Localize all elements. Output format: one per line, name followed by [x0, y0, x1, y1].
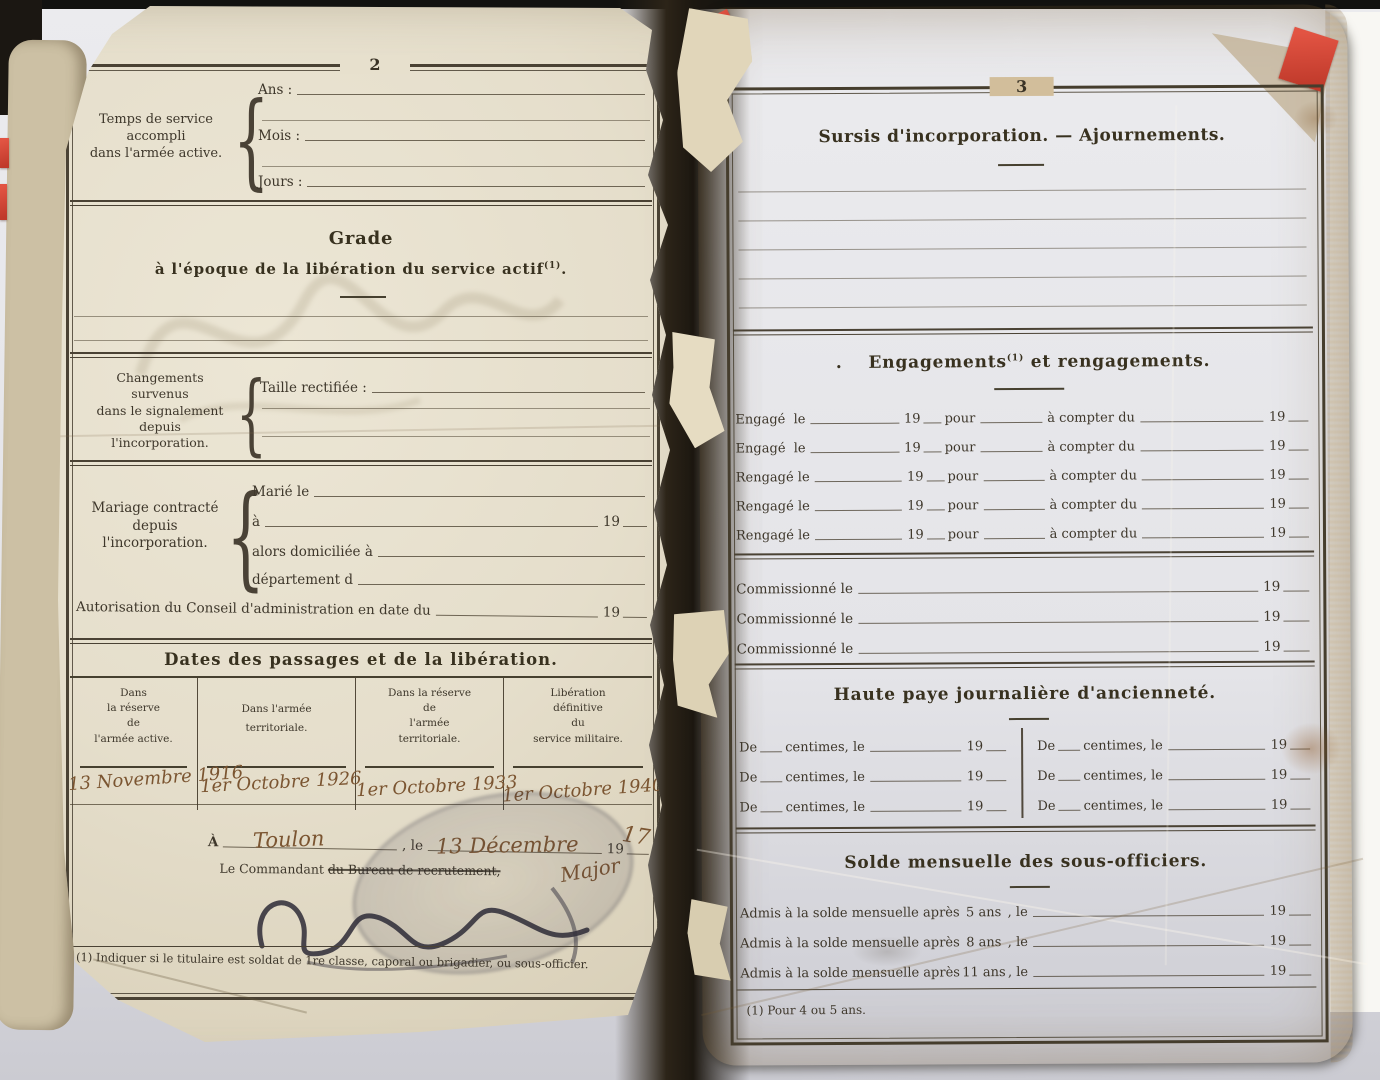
fill-line: [983, 507, 1044, 510]
fill-line: [1142, 477, 1264, 481]
field-ans: Ans :: [258, 78, 650, 98]
engagement-row: Rengagé le19pourà compter du19: [736, 491, 1312, 514]
header-underline: [513, 766, 643, 768]
footnote-rule: [70, 946, 652, 947]
fill-line: [1140, 448, 1264, 452]
fill-line: [815, 508, 902, 511]
year-prefix: 19: [603, 514, 620, 530]
fill-line: [984, 536, 1045, 539]
commissioned-row: Commissionné le19: [737, 632, 1313, 657]
fill-line: [1059, 808, 1081, 811]
field-jours: Jours :: [258, 170, 650, 190]
changes-label: Changements survenus dans le signalement…: [84, 370, 236, 451]
fill-line: [1283, 589, 1309, 592]
fill-line: [1033, 913, 1265, 917]
fill-line: [1168, 807, 1266, 811]
place-line: Toulon: [223, 844, 397, 850]
fill-line: [1289, 943, 1311, 946]
fill-line: [1290, 807, 1310, 810]
field-marie-le: Marié le: [252, 480, 650, 500]
admis-row: Admis à la solde mensuelle après8 ans, l…: [740, 928, 1314, 951]
admis-row: Admis à la solde mensuelle après5 ans, l…: [740, 898, 1314, 921]
fill-line: [1168, 747, 1266, 751]
red-mark-left-edge-2: [0, 184, 7, 220]
year-line: [623, 524, 647, 527]
fill-line: [1058, 778, 1080, 781]
fill-line: [870, 808, 962, 811]
heading-rule: [994, 388, 1064, 390]
field-taille: Taille rectifiée :: [260, 376, 650, 396]
fill-line: [1288, 419, 1308, 422]
fill-line: [1142, 535, 1264, 539]
fill-line: [307, 184, 645, 187]
fill-line: [1289, 535, 1309, 538]
section-divider: [70, 352, 652, 358]
commissioned-row: Commissionné le19: [736, 572, 1312, 597]
page-number-text: 3: [1016, 77, 1027, 96]
stain: [1294, 100, 1338, 136]
blank-line: [262, 408, 650, 409]
grade-heading: Grade: [72, 228, 650, 249]
fill-line: [980, 449, 1042, 452]
fill-line: [305, 138, 645, 141]
de-centimes-row: Decentimes, le19: [739, 734, 1009, 755]
fill-line: [760, 779, 782, 782]
admis-row: Admis à la solde mensuelle après11 ans, …: [740, 958, 1314, 981]
fill-line: [926, 478, 944, 481]
footnote-ref: (1): [544, 261, 561, 271]
fill-line: [297, 92, 645, 95]
right-page: 3 Sursis d'incorporation. — Ajournements…: [697, 4, 1353, 1065]
fill-line: [314, 494, 645, 497]
year-prefix: 19: [603, 605, 620, 621]
fill-line: [810, 421, 899, 424]
fill-line: [986, 748, 1006, 751]
field-mois: Mois :: [258, 124, 650, 144]
fill-line: [927, 536, 945, 539]
fill-line: [1283, 619, 1309, 622]
heading-rule: [1009, 718, 1049, 720]
de-centimes-row: Decentimes, le19: [1037, 732, 1313, 753]
field-marie-a: à19: [252, 510, 650, 530]
de-centimes-row: Decentimes, le19: [739, 764, 1009, 785]
fill-line: [858, 649, 1258, 654]
header-underline: [365, 766, 494, 768]
blank-line: [262, 436, 650, 437]
fill-line: [1289, 477, 1309, 480]
blank-line: [74, 316, 648, 317]
fill-line: [1290, 777, 1310, 780]
red-mark-left-edge-1: [0, 138, 9, 168]
engagement-row: Rengagé le19pourà compter du19: [736, 520, 1312, 543]
de-centimes-row: Decentimes, le19: [1037, 762, 1313, 783]
dates-table-title: Dates des passages et de la libération.: [70, 650, 652, 669]
fill-line: [1168, 777, 1266, 781]
fill-line: [1033, 943, 1265, 947]
fill-line: [811, 450, 900, 453]
commissioned-row: Commissionné le19: [736, 602, 1312, 627]
haute-paye-title: Haute paye journalière d'ancienneté.: [735, 682, 1315, 705]
fill-line: [1289, 973, 1311, 976]
service-time-label: Temps de service accompli dans l'armée a…: [80, 112, 232, 163]
fill-line: [983, 478, 1044, 481]
fill-line: [1289, 913, 1311, 916]
page-frame-inner-line: [732, 90, 1323, 1039]
continuation-line: [262, 120, 650, 121]
page-number-text: 2: [369, 55, 380, 74]
fill-line: [1058, 748, 1080, 751]
fill-line: [436, 613, 598, 618]
stain: [1281, 722, 1341, 774]
field-domiciled: alors domiciliée à: [252, 540, 650, 560]
section-divider: [70, 460, 652, 466]
heading-rule: [1010, 886, 1050, 888]
fill-line: [870, 748, 962, 751]
blank-line: [74, 340, 648, 341]
fill-line: [372, 390, 645, 393]
fill-line: [815, 479, 902, 482]
left-page: 2 Temps de service accompli dans l'armée…: [0, 0, 705, 1080]
section-divider: [70, 638, 652, 644]
fill-line: [980, 420, 1042, 423]
fill-line: [924, 449, 942, 452]
fill-line: [858, 619, 1258, 624]
scanned-military-booklet: 2 Temps de service accompli dans l'armée…: [0, 0, 1380, 1080]
fill-line: [1289, 448, 1309, 451]
fill-line: [358, 582, 645, 585]
engagement-row: Rengagé le19pourà compter du19: [736, 462, 1312, 485]
fill-line: [1140, 419, 1264, 423]
fill-line: [986, 778, 1006, 781]
fill-line: [1033, 973, 1265, 977]
solde-title: Solde mensuelle des sous-officiers.: [736, 850, 1316, 873]
fill-line: [1289, 506, 1309, 509]
fill-line: [924, 420, 942, 423]
fill-line: [760, 749, 782, 752]
place-prefix: À: [208, 834, 219, 850]
de-centimes-row: Decentimes, le19: [739, 794, 1009, 815]
year-line: [623, 615, 647, 618]
de-centimes-row: Decentimes, le19: [1037, 792, 1313, 813]
heading-rule: [340, 296, 386, 298]
fill-line: [815, 537, 902, 540]
engagements-title: .Engagements(1) et rengagements.: [733, 350, 1313, 373]
marriage-label: Mariage contracté depuis l'incorporation…: [80, 500, 230, 553]
fill-line: [378, 554, 645, 557]
page-number: 2: [340, 55, 410, 74]
continuation-line: [262, 166, 650, 167]
handwritten-place: Toulon: [253, 826, 325, 852]
footnote-ref: (1): [1007, 353, 1024, 363]
fill-line: [927, 507, 945, 510]
fill-line: [1142, 506, 1264, 510]
sursis-title: Sursis d'incorporation. — Ajournements.: [732, 124, 1312, 147]
section-divider: [70, 200, 652, 206]
fill-line: [986, 808, 1006, 811]
fill-line: [858, 589, 1258, 594]
page-number: 3: [990, 77, 1054, 96]
page-footnote: (1) Pour 4 ou 5 ans.: [746, 1003, 866, 1018]
fill-line: [1284, 649, 1310, 652]
field-department: département d: [252, 568, 650, 588]
engagement-row: Engagé le19pourà compter du19: [735, 404, 1311, 427]
grade-subheading: à l'époque de la libération du service a…: [72, 260, 650, 278]
engagement-row: Engagé le19pourà compter du19: [735, 433, 1311, 456]
fill-line: [870, 778, 962, 781]
fill-line: [265, 524, 598, 527]
fill-line: [761, 809, 783, 812]
heading-rule: [998, 164, 1044, 166]
